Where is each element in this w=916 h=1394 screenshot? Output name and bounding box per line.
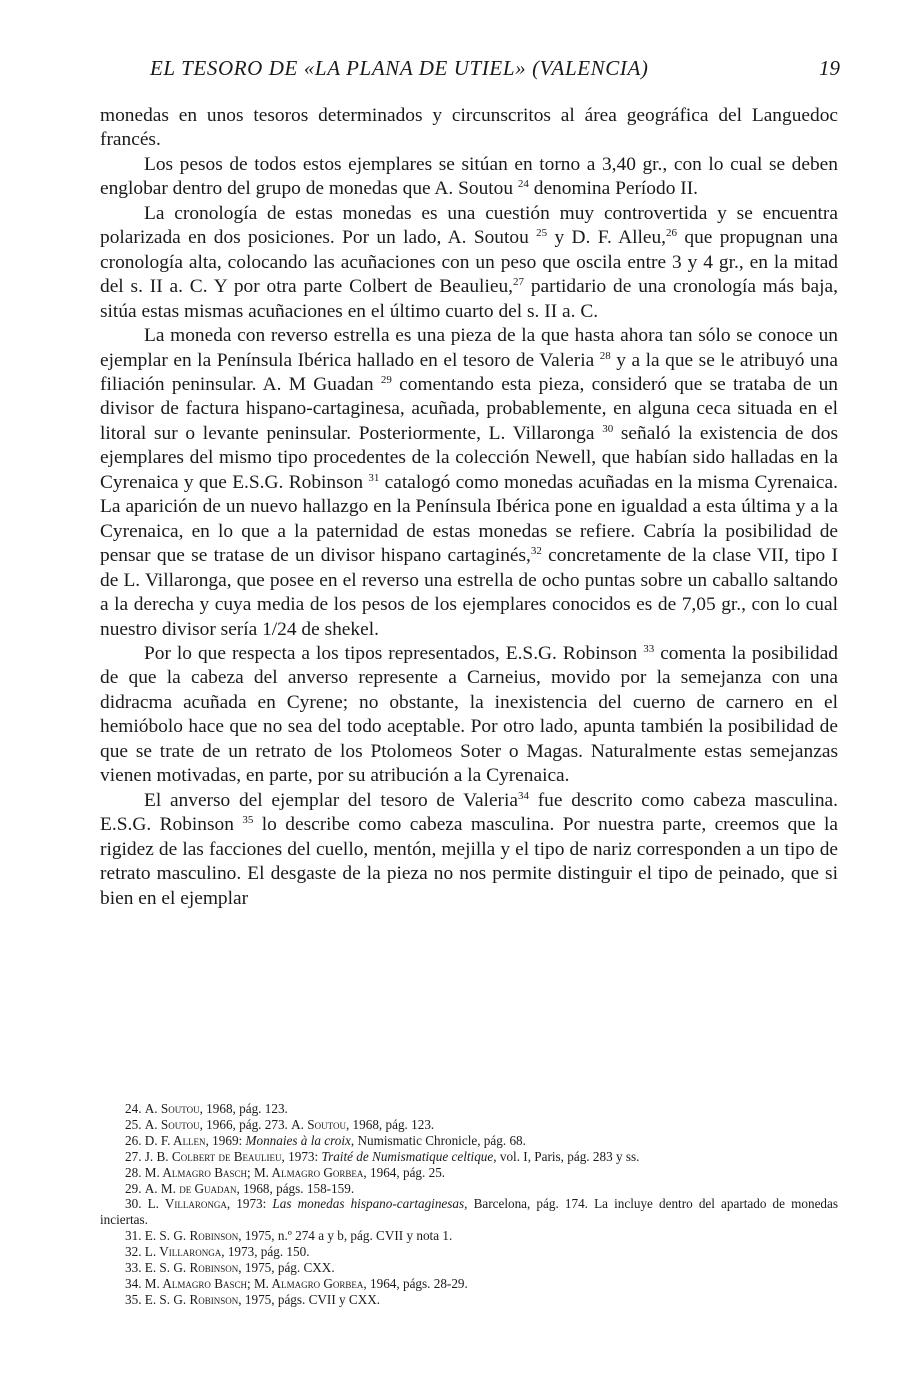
- text-run: , 1973:: [227, 1196, 273, 1211]
- text-run: El anverso del ejemplar del tesoro de Va…: [144, 790, 518, 811]
- footnote-number: 33.: [125, 1260, 145, 1275]
- footnote: 32. L. Villaronga, 1973, pág. 150.: [100, 1244, 838, 1260]
- author-name: A. Soutou: [291, 1117, 346, 1132]
- text-run: , 1973:: [282, 1149, 322, 1164]
- footnote: 24. A. Soutou, 1968, pág. 123.: [100, 1101, 838, 1117]
- author-name: D. F. Allen: [145, 1133, 206, 1148]
- footnote: 27. J. B. Colbert de Beaulieu, 1973: Tra…: [100, 1149, 838, 1165]
- footnote-reference[interactable]: 29: [381, 374, 392, 386]
- author-name: L. Villaronga: [148, 1196, 227, 1211]
- work-title: Las monedas hispano-cartaginesas: [272, 1196, 464, 1211]
- body-paragraph: Por lo que respecta a los tipos represen…: [100, 642, 838, 789]
- footnote: 25. A. Soutou, 1966, pág. 273. A. Soutou…: [100, 1117, 838, 1133]
- footnote: 26. D. F. Allen, 1969: Monnaies à la cro…: [100, 1133, 838, 1149]
- text-run: , 1975, n.º 274 a y b, pág. CVII y nota …: [238, 1228, 452, 1243]
- footnote-number: 25.: [125, 1117, 145, 1132]
- footnote-reference[interactable]: 28: [600, 350, 611, 362]
- text-run: , 1964, pág. 25.: [363, 1165, 445, 1180]
- work-title: Monnaies à la croix: [246, 1133, 351, 1148]
- body-paragraph: monedas en unos tesoros determinados y c…: [100, 104, 838, 153]
- text-run: , 1968, pág. 123.: [200, 1101, 288, 1116]
- footnote: 35. E. S. G. Robinson, 1975, págs. CVII …: [100, 1292, 838, 1308]
- author-name: E. S. G. Robinson: [145, 1292, 239, 1307]
- text-run: , vol. I, Paris, pág. 283 y ss.: [493, 1149, 639, 1164]
- author-name: A. M. de Guadan: [145, 1181, 237, 1196]
- footnote-number: 30.: [125, 1196, 148, 1211]
- footnote: 30. L. Villaronga, 1973: Las monedas his…: [100, 1196, 838, 1228]
- footnote: 34. M. Almagro Basch; M. Almagro Gorbea,…: [100, 1276, 838, 1292]
- footnote: 31. E. S. G. Robinson, 1975, n.º 274 a y…: [100, 1228, 838, 1244]
- footnote-reference[interactable]: 27: [513, 276, 524, 288]
- footnote-reference[interactable]: 34: [518, 790, 529, 802]
- author-name: A. Soutou: [145, 1101, 200, 1116]
- body-paragraph: Los pesos de todos estos ejemplares se s…: [100, 153, 838, 202]
- text-run: y D. F. Alleu,: [547, 227, 666, 248]
- author-name: E. S. G. Robinson: [145, 1260, 239, 1275]
- document-page: EL TESORO DE «LA PLANA DE UTIEL» (VALENC…: [0, 0, 916, 1394]
- footnote-number: 24.: [125, 1101, 145, 1116]
- footnote: 28. M. Almagro Basch; M. Almagro Gorbea,…: [100, 1165, 838, 1181]
- text-run: , Numismatic Chronicle, pág. 68.: [351, 1133, 526, 1148]
- text-run: , 1975, págs. CVII y CXX.: [238, 1292, 380, 1307]
- footnote-number: 34.: [125, 1276, 145, 1291]
- footnote-number: 29.: [125, 1181, 145, 1196]
- text-run: , 1969:: [206, 1133, 246, 1148]
- footnote-number: 35.: [125, 1292, 145, 1307]
- body-paragraph: La moneda con reverso estrella es una pi…: [100, 324, 838, 642]
- text-run: monedas en unos tesoros determinados y c…: [100, 105, 838, 150]
- text-run: , 1968, pág. 123.: [346, 1117, 434, 1132]
- text-run: Los pesos de todos estos ejemplares se s…: [100, 154, 838, 199]
- body-text: monedas en unos tesoros determinados y c…: [100, 104, 838, 911]
- footnotes: 24. A. Soutou, 1968, pág. 123.25. A. Sou…: [100, 1101, 838, 1308]
- author-name: J. B. Colbert de Beaulieu: [145, 1149, 282, 1164]
- running-head: EL TESORO DE «LA PLANA DE UTIEL» (VALENC…: [100, 56, 840, 86]
- body-paragraph: La cronología de estas monedas es una cu…: [100, 202, 838, 324]
- text-run: , 1968, págs. 158-159.: [237, 1181, 355, 1196]
- footnote-reference[interactable]: 35: [242, 814, 253, 826]
- running-title: EL TESORO DE «LA PLANA DE UTIEL» (VALENC…: [150, 56, 649, 81]
- footnote-number: 27.: [125, 1149, 145, 1164]
- author-name: M. Almagro Basch; M. Almagro Gorbea: [145, 1276, 364, 1291]
- text-run: denomina Período II.: [529, 178, 698, 199]
- text-run: Por lo que respecta a los tipos represen…: [144, 643, 643, 664]
- footnote-number: 28.: [125, 1165, 145, 1180]
- footnote-number: 32.: [125, 1244, 145, 1259]
- author-name: A. Soutou: [145, 1117, 200, 1132]
- footnote-reference[interactable]: 26: [666, 227, 677, 239]
- footnote-reference[interactable]: 32: [531, 545, 542, 557]
- text-run: , 1973, pág. 150.: [221, 1244, 309, 1259]
- author-name: E. S. G. Robinson: [145, 1228, 239, 1243]
- page-number: 19: [819, 56, 840, 81]
- footnote-reference[interactable]: 30: [602, 423, 613, 435]
- footnote-reference[interactable]: 25: [536, 227, 547, 239]
- footnote-number: 31.: [125, 1228, 145, 1243]
- text-run: , 1964, págs. 28-29.: [363, 1276, 467, 1291]
- body-paragraph: El anverso del ejemplar del tesoro de Va…: [100, 789, 838, 911]
- footnote: 29. A. M. de Guadan, 1968, págs. 158-159…: [100, 1181, 838, 1197]
- work-title: Traité de Numismatique celtique: [321, 1149, 493, 1164]
- text-run: comenta la posibilidad de que la cabeza …: [100, 643, 838, 786]
- text-run: , 1966, pág. 273.: [200, 1117, 292, 1132]
- footnote: 33. E. S. G. Robinson, 1975, pág. CXX.: [100, 1260, 838, 1276]
- author-name: M. Almagro Basch; M. Almagro Gorbea: [145, 1165, 364, 1180]
- text-run: , 1975, pág. CXX.: [238, 1260, 334, 1275]
- author-name: L. Villaronga: [145, 1244, 221, 1259]
- footnote-number: 26.: [125, 1133, 145, 1148]
- footnote-reference[interactable]: 33: [643, 643, 654, 655]
- footnote-reference[interactable]: 31: [368, 472, 379, 484]
- footnote-reference[interactable]: 24: [518, 178, 529, 190]
